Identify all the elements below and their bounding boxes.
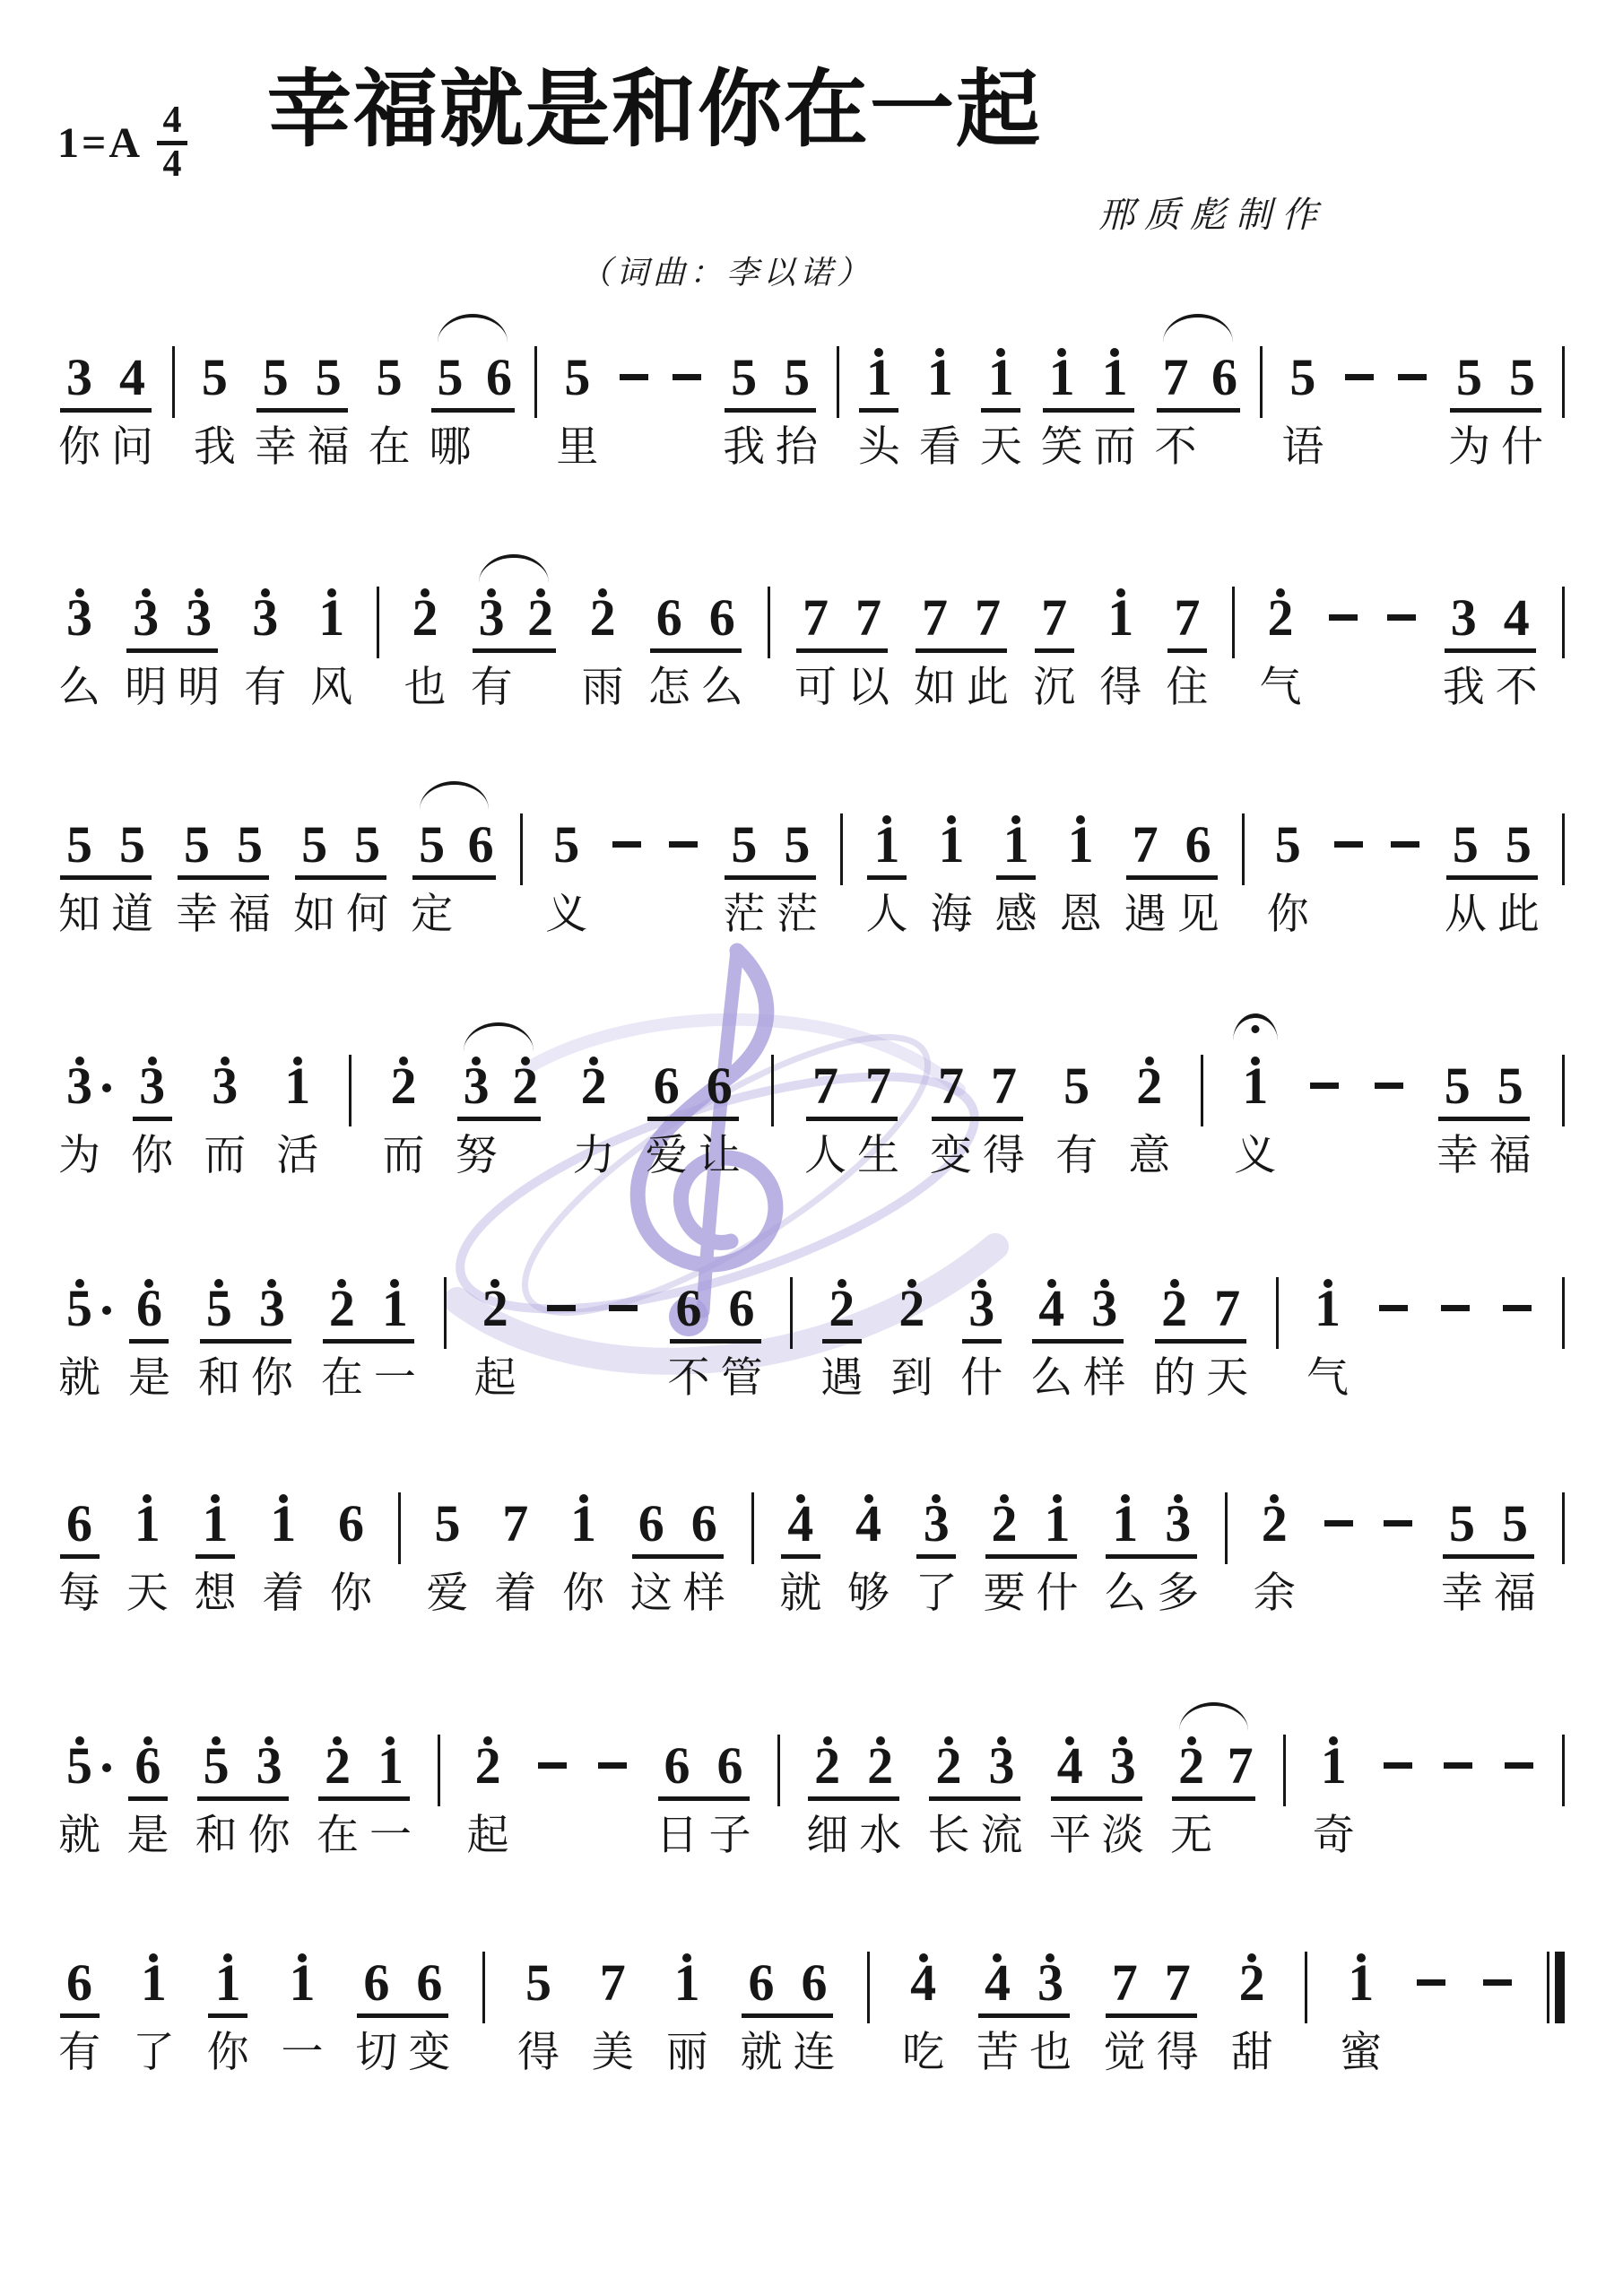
dash-zone bbox=[1384, 552, 1419, 655]
note: 5 bbox=[430, 1458, 464, 1561]
octave-dot bbox=[399, 1057, 408, 1065]
note: 1 bbox=[1104, 552, 1138, 655]
note: 1 bbox=[999, 779, 1033, 882]
note-column: 5在 bbox=[369, 312, 411, 474]
lyric-char: 你 bbox=[58, 422, 100, 474]
final-barline-thin bbox=[1547, 1952, 1549, 2023]
note: 7 bbox=[934, 1021, 968, 1123]
note-column: 2 bbox=[524, 552, 558, 714]
note-column: 2的 bbox=[1153, 1243, 1195, 1405]
barline bbox=[751, 1492, 754, 1564]
lyric-char: 要 bbox=[984, 1568, 1026, 1620]
note-column: 5何 bbox=[346, 779, 388, 941]
lyric-char: 样 bbox=[1083, 1352, 1125, 1405]
beamed-group: 2的7天 bbox=[1153, 1243, 1248, 1405]
note-digit: 5 bbox=[202, 352, 228, 414]
fermata-dot bbox=[1251, 1025, 1259, 1033]
beam-underline bbox=[431, 408, 515, 413]
barline bbox=[840, 813, 843, 885]
lyric-char: 头 bbox=[858, 422, 900, 474]
note-digit: 7 bbox=[803, 592, 829, 655]
note: 6 bbox=[412, 1918, 447, 2020]
dash-zone bbox=[1322, 1458, 1356, 1561]
note-column: 5道 bbox=[111, 779, 153, 941]
note: 6 bbox=[634, 1458, 668, 1561]
note-column: 1天 bbox=[980, 312, 1022, 474]
note-column: 3为 bbox=[58, 1021, 100, 1182]
note-digit: 1 bbox=[1049, 352, 1075, 414]
lyric-char: 努 bbox=[456, 1130, 498, 1182]
note-digit: 7 bbox=[1174, 592, 1200, 655]
note-digit: 7 bbox=[1133, 819, 1159, 882]
beamed-group: 3努2 bbox=[456, 1021, 542, 1182]
lyric-char bbox=[1444, 1352, 1467, 1405]
note-column: 1笑 bbox=[1041, 312, 1083, 474]
dash-zone bbox=[1332, 779, 1366, 882]
note: 5 bbox=[180, 779, 214, 882]
beamed-group: 3有2 bbox=[471, 552, 558, 714]
note-column: 5和 bbox=[195, 1700, 238, 1862]
sheet-music-page: 幸福就是和你在一起 1=A 4 4 邢质彪制作 （词曲：李以诺） 3你4问5我5… bbox=[0, 0, 1623, 2296]
note-column: 3我 bbox=[1443, 552, 1485, 714]
note-column: 1活 bbox=[276, 1021, 318, 1182]
duration-dash bbox=[1329, 614, 1358, 621]
lyric-char: 么 bbox=[1030, 1352, 1072, 1405]
dash-zone bbox=[1307, 1021, 1341, 1123]
beamed-group: 6不6管 bbox=[668, 1243, 763, 1405]
lyric-char: 而 bbox=[1094, 422, 1136, 474]
augmentation-dot bbox=[102, 1306, 111, 1315]
note-digit: 1 bbox=[866, 352, 892, 414]
note-digit: 3 bbox=[259, 1283, 285, 1345]
lyric-char: 见 bbox=[1177, 889, 1219, 941]
note-digit: 7 bbox=[922, 592, 948, 655]
score-line: 5就6是5和3你2在1一2起6日6子2细2水2长3流4平3淡2无71奇 bbox=[58, 1700, 1565, 1862]
note-digit: 5 bbox=[263, 352, 289, 414]
octave-dot bbox=[144, 1279, 153, 1288]
duration-dash bbox=[1310, 1083, 1339, 1089]
note: 6 bbox=[744, 1918, 778, 2020]
note-digit: 5 bbox=[206, 1283, 232, 1345]
beam-underline bbox=[1446, 875, 1538, 880]
score-line: 6有1了1你1一6切6变5得7美1丽6就6连4吃4苦3也7觉7得2甜1蜜 bbox=[58, 1918, 1565, 2079]
eighth-underline bbox=[916, 1554, 956, 1559]
beam-underline bbox=[647, 1117, 739, 1121]
note-digit: 7 bbox=[855, 592, 881, 655]
lyric-char: 着 bbox=[262, 1568, 304, 1620]
note: 2 bbox=[524, 552, 558, 655]
dash-column bbox=[666, 779, 700, 941]
note: 3 bbox=[965, 1243, 999, 1345]
note-column: 1看 bbox=[919, 312, 961, 474]
note-column: 3你 bbox=[248, 1700, 291, 1862]
lyric-char: 日 bbox=[656, 1810, 699, 1862]
lyric-char: 这 bbox=[630, 1568, 673, 1620]
lyric-char: 里 bbox=[556, 422, 598, 474]
time-signature: 4 4 bbox=[157, 104, 187, 182]
dash-zone bbox=[666, 779, 700, 882]
note-digit: 3 bbox=[133, 592, 159, 655]
octave-dot bbox=[882, 815, 891, 824]
note: 6 bbox=[705, 552, 739, 655]
note-column: 5和 bbox=[198, 1243, 240, 1405]
beam-underline bbox=[1445, 648, 1536, 653]
note-column: 7可 bbox=[794, 552, 837, 714]
lyric-char: 有 bbox=[244, 662, 286, 714]
lyric-char: 就 bbox=[58, 1810, 100, 1862]
note-digit: 2 bbox=[581, 1060, 607, 1123]
lyric-char: 切 bbox=[355, 2027, 397, 2079]
lyric-char: 细 bbox=[806, 1810, 848, 1862]
lyric-char bbox=[1486, 2027, 1509, 2079]
barline bbox=[349, 1055, 352, 1126]
duration-dash bbox=[1483, 1979, 1512, 1986]
beam-underline bbox=[796, 648, 888, 653]
barline bbox=[1562, 1492, 1565, 1564]
lyric-char: 爱 bbox=[646, 1130, 688, 1182]
note-digit: 6 bbox=[468, 819, 494, 882]
beamed-group: 6怎6么 bbox=[648, 552, 743, 714]
note-column: 2在 bbox=[317, 1700, 359, 1862]
note-column: 4不 bbox=[1496, 552, 1538, 714]
note-column: 5福 bbox=[229, 779, 271, 941]
note: 2 bbox=[320, 1700, 354, 1803]
note: 5 bbox=[1506, 312, 1540, 414]
note-digit: 1 bbox=[284, 1060, 310, 1123]
note-digit: 5 bbox=[119, 819, 145, 882]
lyric-char: 而 bbox=[204, 1130, 246, 1182]
beamed-group: 7不6 bbox=[1155, 312, 1242, 474]
note-digit: 1 bbox=[927, 352, 953, 414]
note: 4 bbox=[116, 312, 150, 414]
note-digit: 6 bbox=[709, 592, 735, 655]
barline bbox=[1201, 1055, 1203, 1126]
lyric-char: 天 bbox=[126, 1568, 169, 1620]
note-digit: 2 bbox=[1136, 1060, 1162, 1123]
note-column: 3有 bbox=[244, 552, 286, 714]
lyric-char: 管 bbox=[721, 1352, 763, 1405]
lyric-char: 么 bbox=[1104, 1568, 1146, 1620]
note-column: 6变 bbox=[408, 1918, 450, 2079]
octave-dot bbox=[996, 348, 1005, 357]
octave-dot bbox=[1145, 1057, 1154, 1065]
note: 5 bbox=[1493, 1021, 1527, 1123]
eighth-underline bbox=[1035, 648, 1074, 653]
note-digit: 1 bbox=[1348, 1957, 1374, 2020]
note-column: 6么 bbox=[701, 552, 743, 714]
dash-column bbox=[617, 312, 651, 474]
duration-dash bbox=[1391, 841, 1419, 848]
note-column: 3什 bbox=[960, 1243, 1002, 1405]
octave-dot bbox=[993, 1953, 1002, 1962]
lyric-char: 天 bbox=[980, 422, 1022, 474]
lyric-char: 为 bbox=[1448, 422, 1490, 474]
octave-dot bbox=[947, 815, 956, 824]
lyric-char: 如 bbox=[293, 889, 335, 941]
lyric-char: 了 bbox=[133, 2027, 175, 2079]
lyric-char: 明 bbox=[178, 662, 220, 714]
lyric-char: 无 bbox=[1170, 1810, 1212, 1862]
note-column: 7得 bbox=[1157, 1918, 1199, 2079]
key-signature: 1=A 4 4 bbox=[57, 104, 187, 182]
note: 5 bbox=[298, 779, 332, 882]
lyric-char: 我 bbox=[1443, 662, 1485, 714]
note-column: 7着 bbox=[494, 1458, 536, 1620]
beamed-group: 5幸5福 bbox=[255, 312, 350, 474]
dash-zone bbox=[1381, 1700, 1415, 1803]
note: 7 bbox=[595, 1918, 629, 2020]
note-column: 6 bbox=[482, 312, 516, 474]
octave-dot bbox=[337, 1279, 346, 1288]
lyric-char: 幸 bbox=[255, 422, 297, 474]
lyric-char: 人 bbox=[804, 1130, 846, 1182]
dash-zone bbox=[595, 1700, 629, 1803]
note-digit: 6 bbox=[638, 1498, 664, 1561]
note-digit: 6 bbox=[66, 1957, 92, 2020]
note-digit: 5 bbox=[731, 819, 757, 882]
lyric-char: 问 bbox=[111, 422, 153, 474]
fermata-icon bbox=[1233, 1013, 1278, 1041]
lyric-char bbox=[514, 1130, 537, 1182]
octave-dot bbox=[490, 1279, 499, 1288]
dash-zone bbox=[535, 1700, 569, 1803]
barline bbox=[1276, 1277, 1279, 1349]
note-column: 1得 bbox=[1099, 552, 1141, 714]
dash-column bbox=[1480, 1918, 1515, 2079]
octave-dot bbox=[1247, 1953, 1256, 1962]
note-column: 5义 bbox=[545, 779, 587, 941]
note: 1 bbox=[670, 1918, 704, 2020]
note-column: 3淡 bbox=[1102, 1700, 1144, 1862]
octave-dot bbox=[327, 588, 336, 597]
beam-underline bbox=[985, 1554, 1077, 1559]
beamed-group: 6日6子 bbox=[656, 1700, 751, 1862]
note-column: 1一 bbox=[281, 1918, 323, 2079]
note-column: 5知 bbox=[58, 779, 100, 941]
note: 2 bbox=[987, 1458, 1021, 1561]
octave-dot bbox=[864, 1494, 873, 1503]
note: 6 bbox=[464, 779, 498, 882]
beamed-group: 1么3多 bbox=[1104, 1458, 1199, 1620]
augmentation-dot bbox=[102, 1763, 111, 1772]
lyric-char: 意 bbox=[1128, 1130, 1170, 1182]
dash-column bbox=[1414, 1918, 1448, 2079]
note: 2 bbox=[577, 1021, 611, 1123]
dash-zone bbox=[1395, 312, 1429, 414]
duration-dash bbox=[1334, 841, 1363, 848]
beam-underline bbox=[1106, 2013, 1197, 2018]
note: 4 bbox=[980, 1918, 1014, 2020]
lyric-char bbox=[1228, 1810, 1252, 1862]
octave-dot bbox=[932, 1494, 941, 1503]
note: 5 bbox=[1498, 1458, 1532, 1561]
note-digit: 3 bbox=[1165, 1498, 1191, 1561]
note: 3 bbox=[129, 552, 163, 655]
beamed-group: 2要1什 bbox=[984, 1458, 1079, 1620]
note-column: 1想 bbox=[195, 1458, 237, 1620]
note-digit: 1 bbox=[674, 1957, 700, 2020]
note-digit: 1 bbox=[873, 819, 899, 882]
dash-zone bbox=[1372, 1021, 1406, 1123]
note: 5 bbox=[202, 1243, 236, 1345]
beamed-group: 2在1一 bbox=[321, 1243, 416, 1405]
note: 3 bbox=[1161, 1458, 1195, 1561]
note: 1 bbox=[1098, 312, 1132, 414]
note-digit: 1 bbox=[378, 1740, 404, 1803]
note-column: 5福 bbox=[308, 312, 350, 474]
final-barline bbox=[1547, 1952, 1565, 2023]
eighth-underline bbox=[195, 1554, 235, 1559]
lyric-char bbox=[1348, 422, 1371, 474]
note: 5 bbox=[1501, 779, 1535, 882]
note-digit: 5 bbox=[419, 819, 445, 882]
note-digit: 3 bbox=[66, 352, 92, 414]
dash-column bbox=[1307, 1021, 1341, 1182]
note: 7 bbox=[861, 1021, 895, 1123]
beamed-group: 4苦3也 bbox=[976, 1918, 1072, 2079]
note-column: 6你 bbox=[330, 1458, 372, 1620]
octave-dot bbox=[521, 1057, 530, 1065]
note: 7 bbox=[918, 552, 952, 655]
beamed-group: 7可7以 bbox=[794, 552, 890, 714]
note: 2 bbox=[1175, 1700, 1209, 1803]
note-column: 2在 bbox=[321, 1243, 363, 1405]
lyric-char bbox=[672, 889, 695, 941]
score-line: 3为3你3而1活2而3努22力6爱6让7人7生7变7得5有2意1义5幸5福 bbox=[58, 1021, 1565, 1182]
note-digit: 1 bbox=[939, 819, 965, 882]
lyric-char bbox=[1386, 1810, 1410, 1862]
beamed-group: 5茫5茫 bbox=[723, 779, 818, 941]
lyric-char: 余 bbox=[1254, 1568, 1296, 1620]
octave-dot bbox=[1187, 1736, 1196, 1745]
beamed-group: 3明3明 bbox=[125, 552, 220, 714]
note-column: 6怎 bbox=[648, 552, 690, 714]
octave-dot bbox=[472, 1057, 481, 1065]
note-digit: 3 bbox=[1451, 592, 1477, 655]
note: 1 bbox=[870, 779, 904, 882]
note-digit: 1 bbox=[1242, 1060, 1268, 1123]
note-column: 5抬 bbox=[776, 312, 818, 474]
lyric-char: 活 bbox=[276, 1130, 318, 1182]
lyric-char: 不 bbox=[668, 1352, 710, 1405]
beam-underline bbox=[650, 648, 742, 653]
note-digit: 3 bbox=[479, 592, 505, 655]
note: 2 bbox=[408, 552, 442, 655]
lyric-char: 美 bbox=[592, 2027, 634, 2079]
lyric-char: 得 bbox=[1157, 2027, 1199, 2079]
note-column: 1风 bbox=[310, 552, 352, 714]
note: 5 bbox=[780, 779, 814, 882]
dash-column bbox=[1438, 1243, 1472, 1405]
note: 3 bbox=[63, 312, 97, 414]
note: 6 bbox=[131, 1700, 165, 1803]
composer-subtitle: （词曲：李以诺） bbox=[0, 248, 1453, 293]
note-digit: 2 bbox=[412, 592, 438, 655]
lyric-char: 遇 bbox=[1124, 889, 1167, 941]
note-column: 2长 bbox=[927, 1700, 969, 1862]
lyric-char: 是 bbox=[126, 1810, 169, 1862]
note: 5 bbox=[372, 312, 406, 414]
beam-underline bbox=[412, 875, 496, 880]
beam-underline bbox=[200, 1339, 291, 1344]
beamed-group: 6这6样 bbox=[630, 1458, 725, 1620]
octave-dot bbox=[874, 348, 883, 357]
note: 2 bbox=[1133, 1021, 1167, 1123]
beam-underline bbox=[978, 2013, 1070, 2018]
note: 3 bbox=[1106, 1700, 1140, 1803]
beam-underline bbox=[632, 1554, 724, 1559]
note-digit: 5 bbox=[564, 352, 590, 414]
note-column: 3有 bbox=[471, 552, 513, 714]
octave-dot bbox=[221, 1057, 230, 1065]
lyric-char: 雨 bbox=[582, 662, 624, 714]
note: 6 bbox=[1181, 779, 1215, 882]
lyric-char: 么 bbox=[58, 662, 100, 714]
note-column: 1奇 bbox=[1313, 1700, 1355, 1862]
note-column: 7住 bbox=[1166, 552, 1208, 714]
eighth-underline bbox=[128, 1796, 168, 1801]
note: 7 bbox=[1223, 1700, 1257, 1803]
note-digit: 2 bbox=[325, 1740, 351, 1803]
lyric-char: 流 bbox=[980, 1810, 1022, 1862]
note-digit: 2 bbox=[527, 592, 553, 655]
lyric-char: 么 bbox=[701, 662, 743, 714]
note: 5 bbox=[258, 312, 292, 414]
note-column: 6这 bbox=[630, 1458, 673, 1620]
octave-dot bbox=[598, 588, 607, 597]
note-column: 5有 bbox=[1055, 1021, 1098, 1182]
note: 3 bbox=[255, 1243, 289, 1345]
beam-underline bbox=[318, 1796, 410, 1801]
lyric-char: 平 bbox=[1049, 1810, 1091, 1862]
dash-column bbox=[670, 312, 704, 474]
lyric-char bbox=[675, 422, 699, 474]
note-digit: 4 bbox=[119, 352, 145, 414]
lyric-char: 你 bbox=[251, 1352, 293, 1405]
octave-dot bbox=[75, 1736, 84, 1745]
note: 3 bbox=[135, 1021, 169, 1123]
dash-zone bbox=[1326, 552, 1360, 655]
eighth-underline bbox=[962, 1339, 1002, 1344]
barline bbox=[771, 1055, 774, 1126]
note-column: 2无 bbox=[1170, 1700, 1212, 1862]
octave-dot bbox=[261, 588, 270, 597]
beamed-group: 5我5抬 bbox=[723, 312, 818, 474]
lyric-char bbox=[1507, 1810, 1531, 1862]
beam-underline bbox=[457, 1117, 541, 1121]
lyric-char: 此 bbox=[1497, 889, 1540, 941]
note-column: 1天 bbox=[126, 1458, 169, 1620]
duration-dash bbox=[1441, 1305, 1470, 1311]
note-digit: 6 bbox=[691, 1498, 717, 1561]
note-column: 5茫 bbox=[723, 779, 765, 941]
note-digit: 7 bbox=[1112, 1957, 1138, 2020]
note-digit: 3 bbox=[252, 592, 278, 655]
note-digit: 6 bbox=[654, 1060, 680, 1123]
note-digit: 3 bbox=[212, 1060, 238, 1123]
note-digit: 5 bbox=[1497, 1060, 1523, 1123]
note: 7 bbox=[987, 1021, 1021, 1123]
octave-dot bbox=[1357, 1953, 1366, 1962]
note-digit: 7 bbox=[812, 1060, 838, 1123]
lyric-char: 淡 bbox=[1102, 1810, 1144, 1862]
duration-dash bbox=[673, 374, 701, 380]
octave-dot bbox=[1116, 588, 1125, 597]
note-column: 3而 bbox=[204, 1021, 246, 1182]
lyric-char: 而 bbox=[382, 1130, 424, 1182]
lyric-char: 变 bbox=[408, 2027, 450, 2079]
lyric-char bbox=[615, 889, 638, 941]
